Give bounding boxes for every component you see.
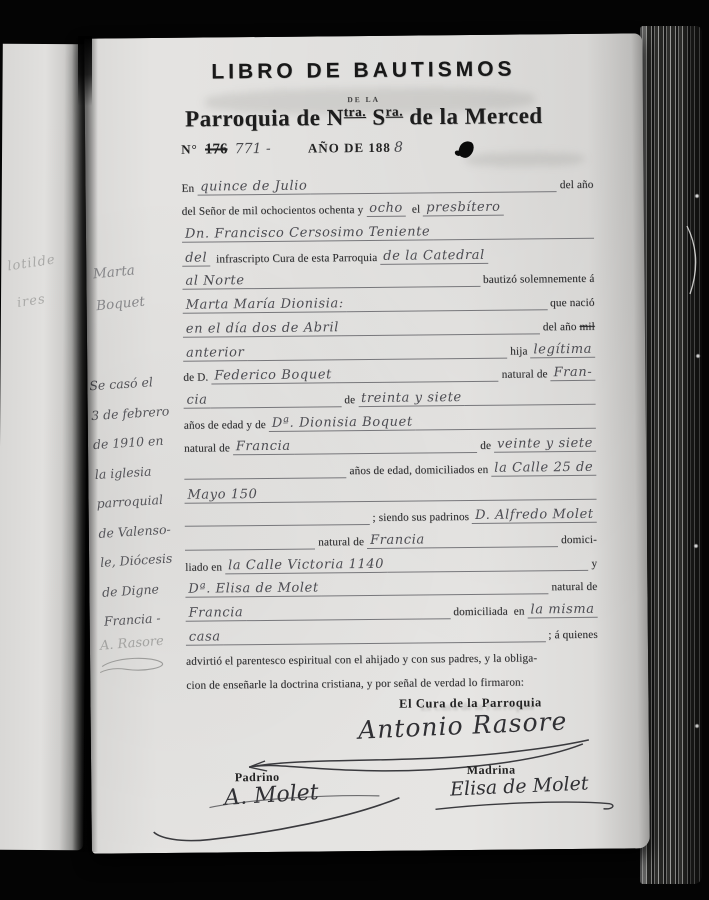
parish-title-part: S bbox=[366, 104, 386, 129]
handwritten-entry: al Norte bbox=[182, 274, 247, 291]
form-line: Dn. Francisco Cersosimo Teniente bbox=[182, 215, 594, 243]
printed-text: domici- bbox=[558, 534, 597, 547]
book-gutter-shadow-top bbox=[78, 36, 92, 106]
printed-text: del año bbox=[557, 179, 594, 192]
record-number-struck: 176 bbox=[205, 141, 228, 157]
printed-text: natural de bbox=[548, 581, 597, 594]
printed-text: infrascripto Cura de esta Parroquia bbox=[210, 252, 380, 267]
handwritten-entry: de la Catedral bbox=[380, 248, 488, 265]
margin-signature-flourish bbox=[96, 652, 176, 679]
handwritten-entry: en el día dos de Abril bbox=[183, 320, 342, 338]
form-line: cion de enseñarle la doctrina cristiana,… bbox=[186, 665, 598, 693]
margin-baptized-name: MartaBoquet bbox=[92, 250, 184, 322]
book-photo: lotildeires El Cura de la Parroquia LIBR… bbox=[0, 0, 709, 900]
handwritten-entry: D. Alfredo Molet bbox=[472, 507, 597, 524]
printed-text: natural de bbox=[499, 368, 551, 381]
year-label: AÑO DE 188 bbox=[308, 140, 391, 156]
handwritten-entry: quince de Julio bbox=[197, 178, 310, 195]
printed-text: de D. bbox=[183, 372, 211, 385]
form-line: Marta María Dionisia: que nació bbox=[183, 286, 595, 314]
parish-title-part: Parroquia de N bbox=[185, 105, 344, 132]
form-line: anterior hija legítima bbox=[183, 334, 595, 362]
handwritten-entry: presbítero bbox=[423, 200, 503, 217]
book-title: LIBRO DE BAUTISMOS bbox=[84, 56, 642, 85]
book-page-block-edge bbox=[640, 26, 702, 884]
handwritten-entry: la Calle 25 de bbox=[491, 460, 596, 477]
book-gutter-shadow bbox=[72, 38, 98, 852]
form-line: liado en la Calle Victoria 1140 y bbox=[185, 547, 597, 575]
printed-text: hija bbox=[507, 345, 530, 358]
handwritten-entry: Dª. Dionisia Boquet bbox=[269, 414, 416, 431]
handwritten-entry: veinte y siete bbox=[494, 436, 596, 453]
form-line: de D. Federico Boquet natural de Fran- bbox=[183, 357, 595, 385]
form-line: En quince de Julio del año bbox=[181, 168, 593, 196]
handwritten-entry: Dn. Francisco Cersosimo Teniente bbox=[182, 224, 433, 242]
parish-title-part: de la Merced bbox=[403, 103, 543, 129]
handwritten-entry: Francia bbox=[233, 439, 294, 456]
handwritten-entry: cia bbox=[184, 392, 211, 408]
printed-text: cion de enseñarle la doctrina cristiana,… bbox=[186, 677, 524, 693]
handwritten-entry: Fran- bbox=[551, 365, 596, 381]
handwritten-entry: Francia bbox=[186, 605, 247, 622]
handwritten-entry: anterior bbox=[183, 345, 247, 362]
printed-text: natural de bbox=[184, 443, 233, 456]
record-number-handwritten: 771 - bbox=[235, 141, 271, 157]
printed-text: del Señor de mil ochocientos ochenta y bbox=[182, 204, 367, 219]
printed-text: años de edad, domiciliados en bbox=[346, 464, 491, 478]
document-page: El Cura de la Parroquia LIBRO DE BAUTISM… bbox=[84, 33, 650, 853]
printed-text: años de edad y de bbox=[184, 419, 269, 433]
margin-note-line: 3 de febrero bbox=[90, 395, 184, 430]
printed-text: ; siendo sus padrinos bbox=[369, 511, 472, 525]
form-line: Mayo 150 bbox=[184, 476, 596, 504]
handwritten-entry: Mayo 150 bbox=[184, 487, 260, 504]
parish-title-sup: ra. bbox=[386, 104, 404, 119]
handwritten-entry: treinta y siete bbox=[358, 390, 465, 407]
record-number-label: N° bbox=[181, 142, 198, 157]
handwritten-entry: la Calle Victoria 1140 bbox=[225, 557, 387, 575]
handwritten-entry: la misma bbox=[527, 602, 597, 619]
form-line: Dª. Elisa de Molet natural de bbox=[185, 570, 597, 598]
handwritten-entry: ocho bbox=[366, 201, 406, 217]
printed-text: bautizó solemnemente á bbox=[480, 273, 594, 287]
form-line: Francia domiciliada en la misma bbox=[185, 594, 597, 622]
form-line: casa ; á quienes bbox=[186, 618, 598, 646]
madrina-signature-flourish bbox=[431, 796, 621, 818]
margin-note-line: Francia - bbox=[103, 601, 197, 636]
printed-text: de bbox=[341, 394, 358, 407]
form-line: cia de treinta y siete bbox=[183, 381, 595, 409]
margin-marriage-note: Se casó el3 de febrerode 1910 enla igles… bbox=[88, 366, 196, 637]
printed-text: del año bbox=[540, 321, 580, 334]
left-page-text-fragment: ires bbox=[16, 292, 47, 311]
left-page-text-fragment: lotilde bbox=[6, 252, 56, 274]
handwritten-entry: casa bbox=[186, 629, 224, 645]
form-line: advirtió el parentesco espiritual con el… bbox=[186, 642, 598, 670]
printed-text: que nació bbox=[547, 297, 595, 310]
margin-name-line: Boquet bbox=[95, 282, 184, 322]
form-line: natural de Francia domici- bbox=[185, 523, 597, 551]
form-line: natural de Francia de veinte y siete bbox=[184, 428, 596, 456]
handwritten-entry: Federico Boquet bbox=[211, 367, 335, 384]
form-line: ; siendo sus padrinos D. Alfredo Molet bbox=[185, 499, 597, 527]
handwritten-entry: legítima bbox=[530, 341, 595, 358]
printed-text: y bbox=[588, 557, 597, 570]
form-line: al Norte bautizó solemnemente á bbox=[182, 263, 594, 291]
form-line: años de edad y de Dª. Dionisia Boquet bbox=[184, 405, 596, 433]
printed-text: En bbox=[181, 182, 197, 195]
printed-text: de bbox=[477, 440, 494, 453]
parish-title: Parroquia de Ntra. Sra. de la Merced bbox=[85, 101, 643, 133]
printed-text: liado en bbox=[185, 561, 225, 574]
printed-text: el bbox=[406, 204, 423, 217]
form-line: en el día dos de Abril del año mil bbox=[183, 310, 595, 338]
binding-thread-highlight bbox=[683, 224, 703, 296]
handwritten-entry: Marta María Dionisia: bbox=[183, 296, 347, 314]
padrino-signature-flourish bbox=[149, 788, 420, 851]
handwritten-entry: del bbox=[182, 250, 210, 266]
baptism-form: En quince de Julio del añodel Señor de m… bbox=[181, 168, 598, 693]
parish-title-sup: tra. bbox=[344, 104, 367, 119]
printed-text: natural de bbox=[315, 536, 367, 549]
printed-text: ; á quienes bbox=[545, 629, 598, 643]
year-digit-handwritten: 8 bbox=[394, 140, 403, 156]
struck-printed-text: mil bbox=[579, 321, 594, 334]
form-line: años de edad, domiciliados en la Calle 2… bbox=[184, 452, 596, 480]
handwritten-entry: Dª. Elisa de Molet bbox=[185, 581, 322, 598]
printed-text: domiciliada en bbox=[450, 606, 527, 620]
handwritten-entry: Francia bbox=[367, 532, 428, 549]
